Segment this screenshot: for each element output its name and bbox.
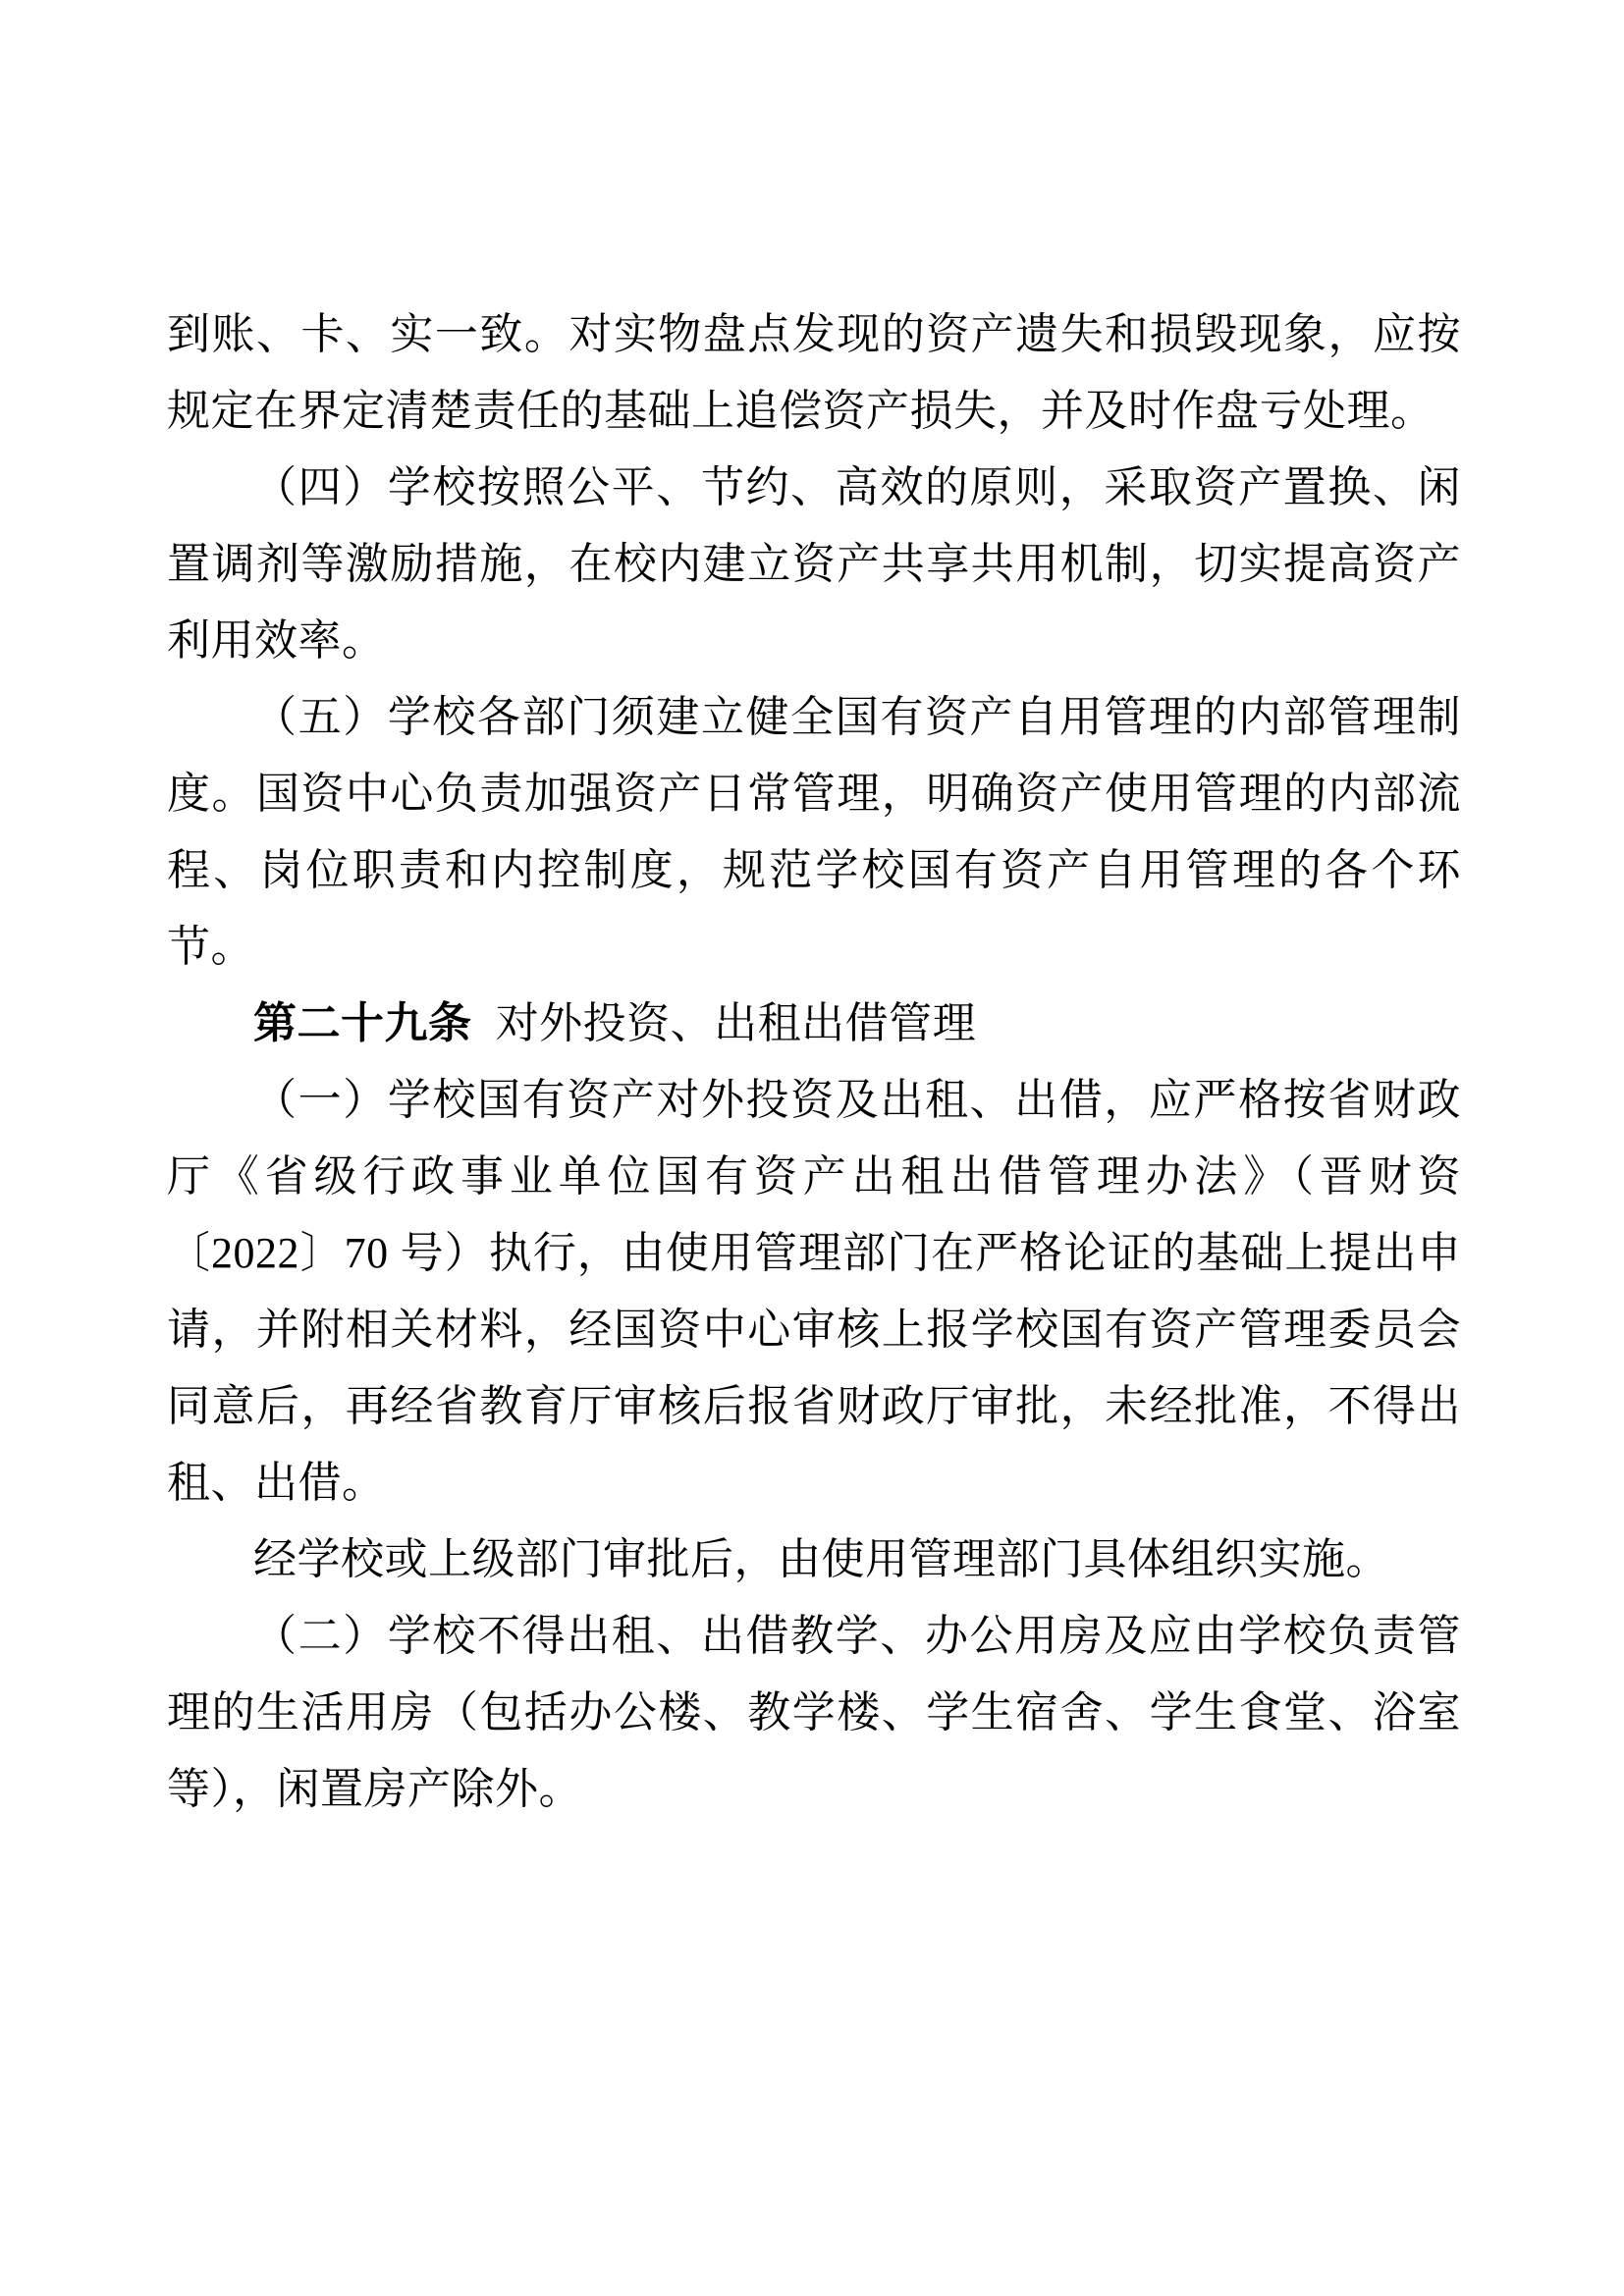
paragraph-implementation: 经学校或上级部门审批后，由使用管理部门具体组织实施。 <box>167 1522 1461 1598</box>
article-number: 第二十九条 <box>253 999 472 1047</box>
article-title: 对外投资、出租出借管理 <box>496 999 977 1047</box>
document-page: 到账、卡、实一致。对实物盘点发现的资产遗失和损毁现象，应按规定在界定清楚责任的基… <box>0 0 1624 2296</box>
paragraph-continuation: 到账、卡、实一致。对实物盘点发现的资产遗失和损毁现象，应按规定在界定清楚责任的基… <box>167 296 1461 450</box>
article-29-heading: 第二十九条对外投资、出租出借管理 <box>167 986 1461 1062</box>
document-body: 到账、卡、实一致。对实物盘点发现的资产遗失和损毁现象，应按规定在界定清楚责任的基… <box>167 296 1461 1828</box>
paragraph-item-1: （一）学校国有资产对外投资及出租、出借，应严格按省财政厅《省级行政事业单位国有资… <box>167 1062 1461 1522</box>
paragraph-item-5: （五）学校各部门须建立健全国有资产自用管理的内部管理制度。国资中心负责加强资产日… <box>167 679 1461 986</box>
paragraph-item-4: （四）学校按照公平、节约、高效的原则，采取资产置换、闲置调剂等激励措施，在校内建… <box>167 450 1461 679</box>
paragraph-item-2: （二）学校不得出租、出借教学、办公用房及应由学校负责管理的生活用房（包括办公楼、… <box>167 1598 1461 1828</box>
